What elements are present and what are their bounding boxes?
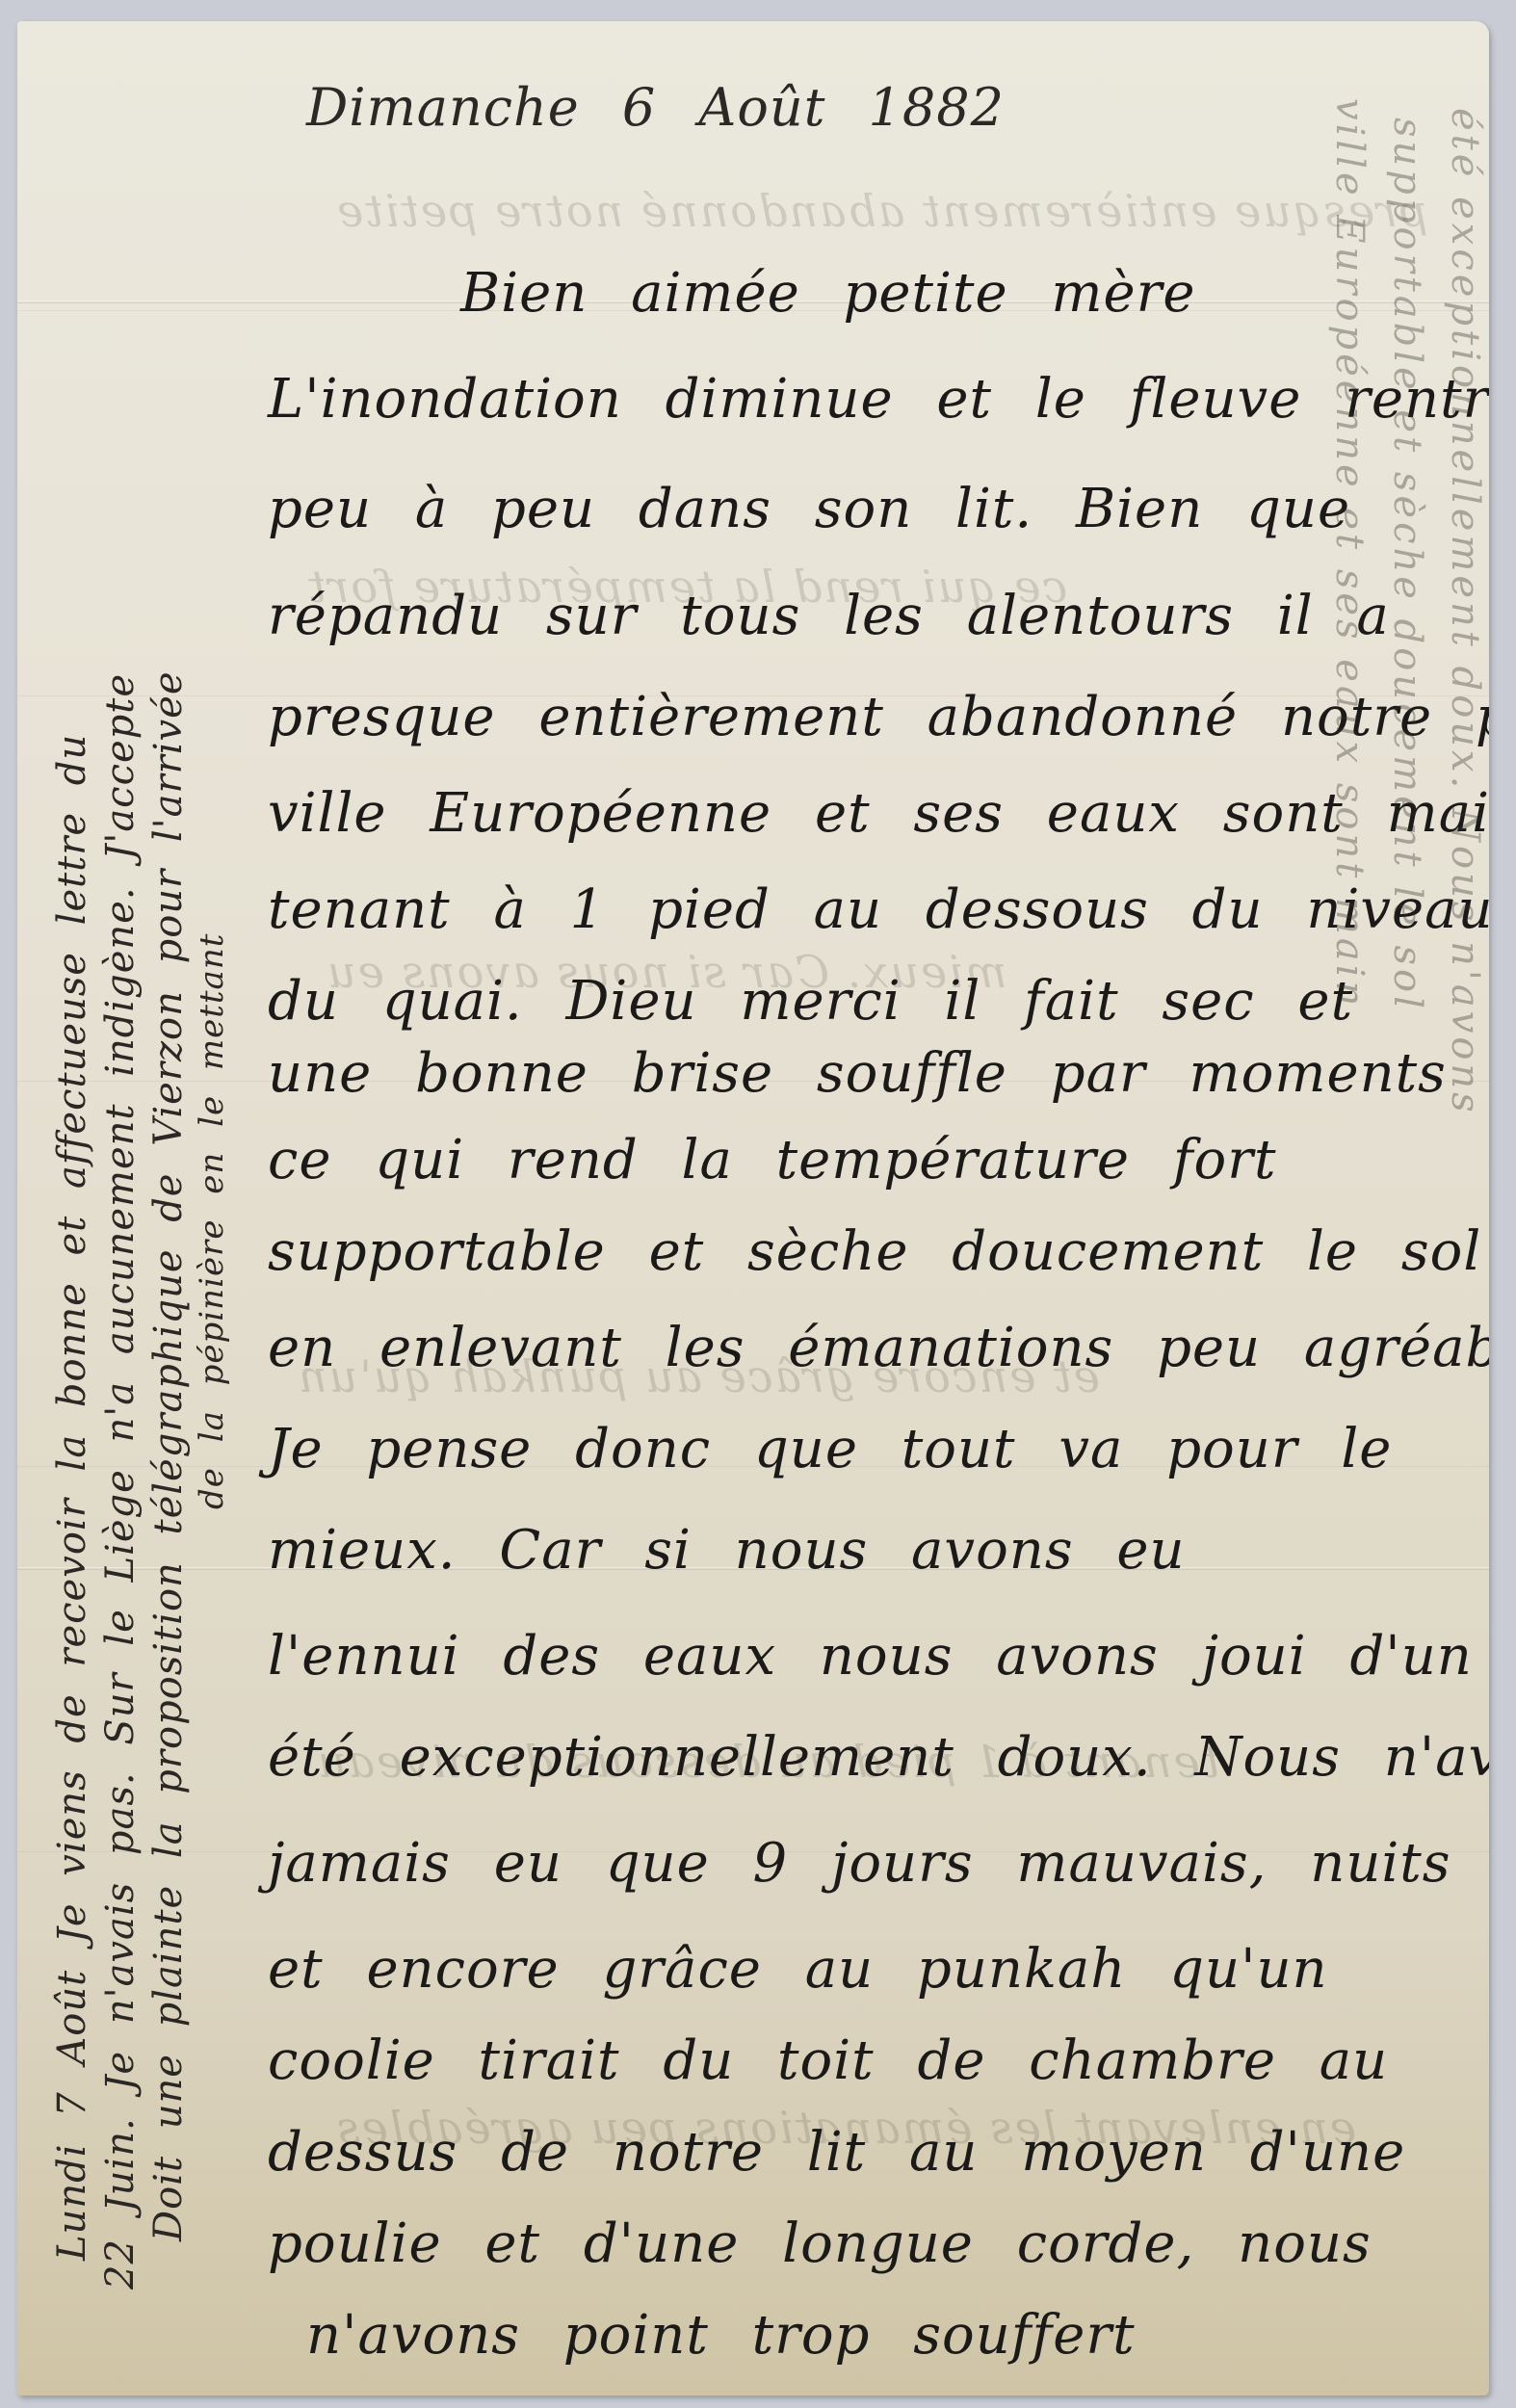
margin-postscript-line: Doit une plainte la proposition télégrap… (146, 26, 191, 2241)
letter-line: presque entièrement abandonné notre peti… (268, 686, 1489, 748)
margin-postscript-line: de la pépinière en le mettant (193, 642, 231, 1509)
letter-line: mieux. Car si nous avons eu (268, 1519, 1186, 1582)
right-margin-crosswriting: été exceptionnellement doux. Nous n'avon… (1443, 108, 1487, 2227)
margin-postscript-line: Lundi 7 Août Je viens de recevoir la bon… (50, 45, 94, 2261)
letter-line: coolie tirait du toit de chambre au (268, 2029, 1388, 2092)
letter-line: tenant à 1 pied au dessous du niveau (268, 878, 1489, 941)
letter-line: supportable et sèche doucement le sol (268, 1220, 1481, 1283)
letter-line: une bonne brise souffle par moments (268, 1042, 1447, 1105)
letter-page: presque entièrement abandonné notre peti… (17, 21, 1489, 2395)
bleed-through-text: presque entièrement abandonné notre peti… (335, 185, 1428, 237)
letter-line: ville Européenne et ses eaux sont main (268, 782, 1489, 845)
letter-line: l'ennui des eaux nous avons joui d'un (268, 1625, 1473, 1688)
letter-line: répandu sur tous les alentours il a (268, 585, 1390, 647)
letter-line: n'avons point trop souffert (306, 2304, 1136, 2367)
letter-line: Je pense donc que tout va pour le (268, 1418, 1392, 1480)
letter-line: en enlevant les émanations peu agréables (268, 1317, 1489, 1379)
right-margin-crosswriting: ville Européenne et ses eaux sont main (1327, 98, 1372, 2217)
letter-line: peu à peu dans son lit. Bien que (268, 478, 1350, 540)
letter-line: été exceptionnellement doux. Nous n'avon… (268, 1726, 1489, 1789)
letter-salutation: Bien aimée petite mère (460, 262, 1196, 325)
letter-line: du quai. Dieu merci il fait sec et (268, 970, 1353, 1033)
letter-line: et encore grâce au punkah qu'un (268, 1938, 1328, 2001)
letter-line: ce qui rend la température fort (268, 1129, 1277, 1191)
letter-line: poulie et d'une longue corde, nous (268, 2212, 1372, 2275)
margin-postscript-line: 22 Juin. Je n'avais pas. Sur le Liège n'… (98, 74, 143, 2290)
letter-line: dessus de notre lit au moyen d'une (268, 2121, 1405, 2184)
letter-line: jamais eu que 9 jours mauvais, nuits (268, 1832, 1451, 1895)
letter-date: Dimanche 6 Août 1882 (306, 77, 1005, 138)
right-margin-crosswriting: supportable et sèche doucement le sol (1385, 118, 1429, 2237)
letter-line: L'inondation diminue et le fleuve rentre (268, 368, 1489, 431)
